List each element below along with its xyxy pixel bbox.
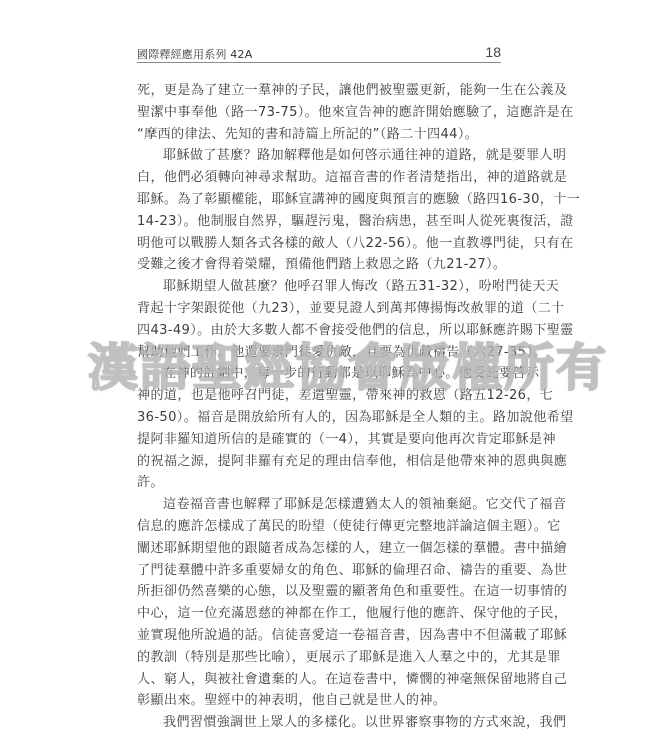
text-line: 神的道，也是他呼召門徒，差遣聖靈，帶來神的救恩（路五12-26，七 bbox=[137, 385, 503, 407]
text-line: 在神的計劃中，每一步的行動都是以耶穌為中心。他受託要啓示 bbox=[137, 363, 503, 385]
text-line: 受難之後才會得着榮耀，預備他們踏上救恩之路（九21-27）。 bbox=[137, 254, 503, 276]
text-line: 幫助他們工作。他還要求門徒愛仇敵，且要為仇敵禱告（六27-35）。 bbox=[137, 342, 503, 364]
text-line: 14-23）。他制服自然界，驅趕污鬼，醫治病患，甚至叫人從死裏復活，證 bbox=[137, 211, 503, 233]
text-line: 彰顯出來。聖經中的神表明，他自己就是世人的神。 bbox=[137, 690, 503, 712]
running-header: 國際釋經應用系列 42A 18 bbox=[137, 44, 501, 63]
text-line: 死，更是為了建立一羣神的子民，讓他們被聖靈更新，能夠一生在公義及 bbox=[137, 80, 503, 102]
text-line: 白，他們必須轉向神尋求幫助。這福音書的作者清楚指出，神的道路就是 bbox=[137, 167, 503, 189]
text-line: 四43-49）。由於大多數人都不會接受他們的信息，所以耶穌應許賜下聖靈 bbox=[137, 320, 503, 342]
text-line: 的祝福之源，提阿非羅有充足的理由信奉他，相信是他帶來神的恩典與應 bbox=[137, 451, 503, 473]
text-line: 我們習慣強調世上眾人的多樣化。以世界審察事物的方式來說，我們 bbox=[137, 712, 503, 734]
text-line: 耶穌做了甚麼？路加解釋他是如何啓示通往神的道路，就是要罪人明 bbox=[137, 145, 503, 167]
text-line: 這卷福音書也解釋了耶穌是怎樣遭猶太人的領袖棄絕。它交代了福音 bbox=[137, 494, 503, 516]
body-text: 死，更是為了建立一羣神的子民，讓他們被聖靈更新，能夠一生在公義及 聖潔中事奉他（… bbox=[137, 80, 503, 734]
page-number: 18 bbox=[485, 44, 501, 60]
text-line: 闡述耶穌期望他的跟隨者成為怎樣的人，建立一個怎樣的羣體。書中描繪 bbox=[137, 538, 503, 560]
text-line: 了門徒羣體中許多重要婦女的角色、耶穌的倫理召命、禱告的重要、為世 bbox=[137, 560, 503, 582]
text-line: 中心，這一位充滿恩慈的神都在作工，他履行他的應許、保守他的子民， bbox=[137, 603, 503, 625]
series-title: 國際釋經應用系列 42A bbox=[137, 46, 252, 62]
text-line: 許。 bbox=[137, 472, 503, 494]
text-line: 背起十字架跟從他（九23），並要見證人到萬邦傳揚悔改赦罪的道（二十 bbox=[137, 298, 503, 320]
text-line: 耶穌期望人做甚麼？他呼召罪人悔改（路五31-32），吩咐門徒天天 bbox=[137, 276, 503, 298]
text-line: 提阿非羅知道所信的是確實的（一4），其實是要向他再次肯定耶穌是神 bbox=[137, 429, 503, 451]
text-line: 的教訓（特別是那些比喻），更展示了耶穌是進入人羣之中的，尤其是罪 bbox=[137, 647, 503, 669]
text-line: 聖潔中事奉他（路一73-75）。他來宣告神的應許開始應驗了，這應許是在 bbox=[137, 102, 503, 124]
text-line: 並實現他所說過的話。信徒喜愛這一卷福音書，因為書中不但滿載了耶穌 bbox=[137, 625, 503, 647]
text-line: 耶穌。為了彰顯權能，耶穌宣講神的國度與預言的應驗（路四16-30，十一 bbox=[137, 189, 503, 211]
text-line: 信息的應許怎樣成了萬民的盼望（使徒行傳更完整地詳論這個主題）。它 bbox=[137, 516, 503, 538]
text-line: 人、窮人，與被社會遺棄的人。在這卷書中，憐憫的神毫無保留地將自己 bbox=[137, 669, 503, 691]
book-page: 國際釋經應用系列 42A 18 死，更是為了建立一羣神的子民，讓他們被聖靈更新，… bbox=[0, 0, 650, 750]
text-line: 明他可以戰勝人類各式各樣的敵人（八22-56）。他一直教導門徒，只有在 bbox=[137, 233, 503, 255]
text-line: 36-50）。福音是開放給所有人的，因為耶穌是全人類的主。路加說他希望 bbox=[137, 407, 503, 429]
text-line: “摩西的律法、先知的書和詩篇上所記的”（路二十四44）。 bbox=[137, 124, 503, 146]
text-line: 所拒卻仍然喜樂的心態，以及聖靈的顯著角色和重要性。在這一切事情的 bbox=[137, 581, 503, 603]
